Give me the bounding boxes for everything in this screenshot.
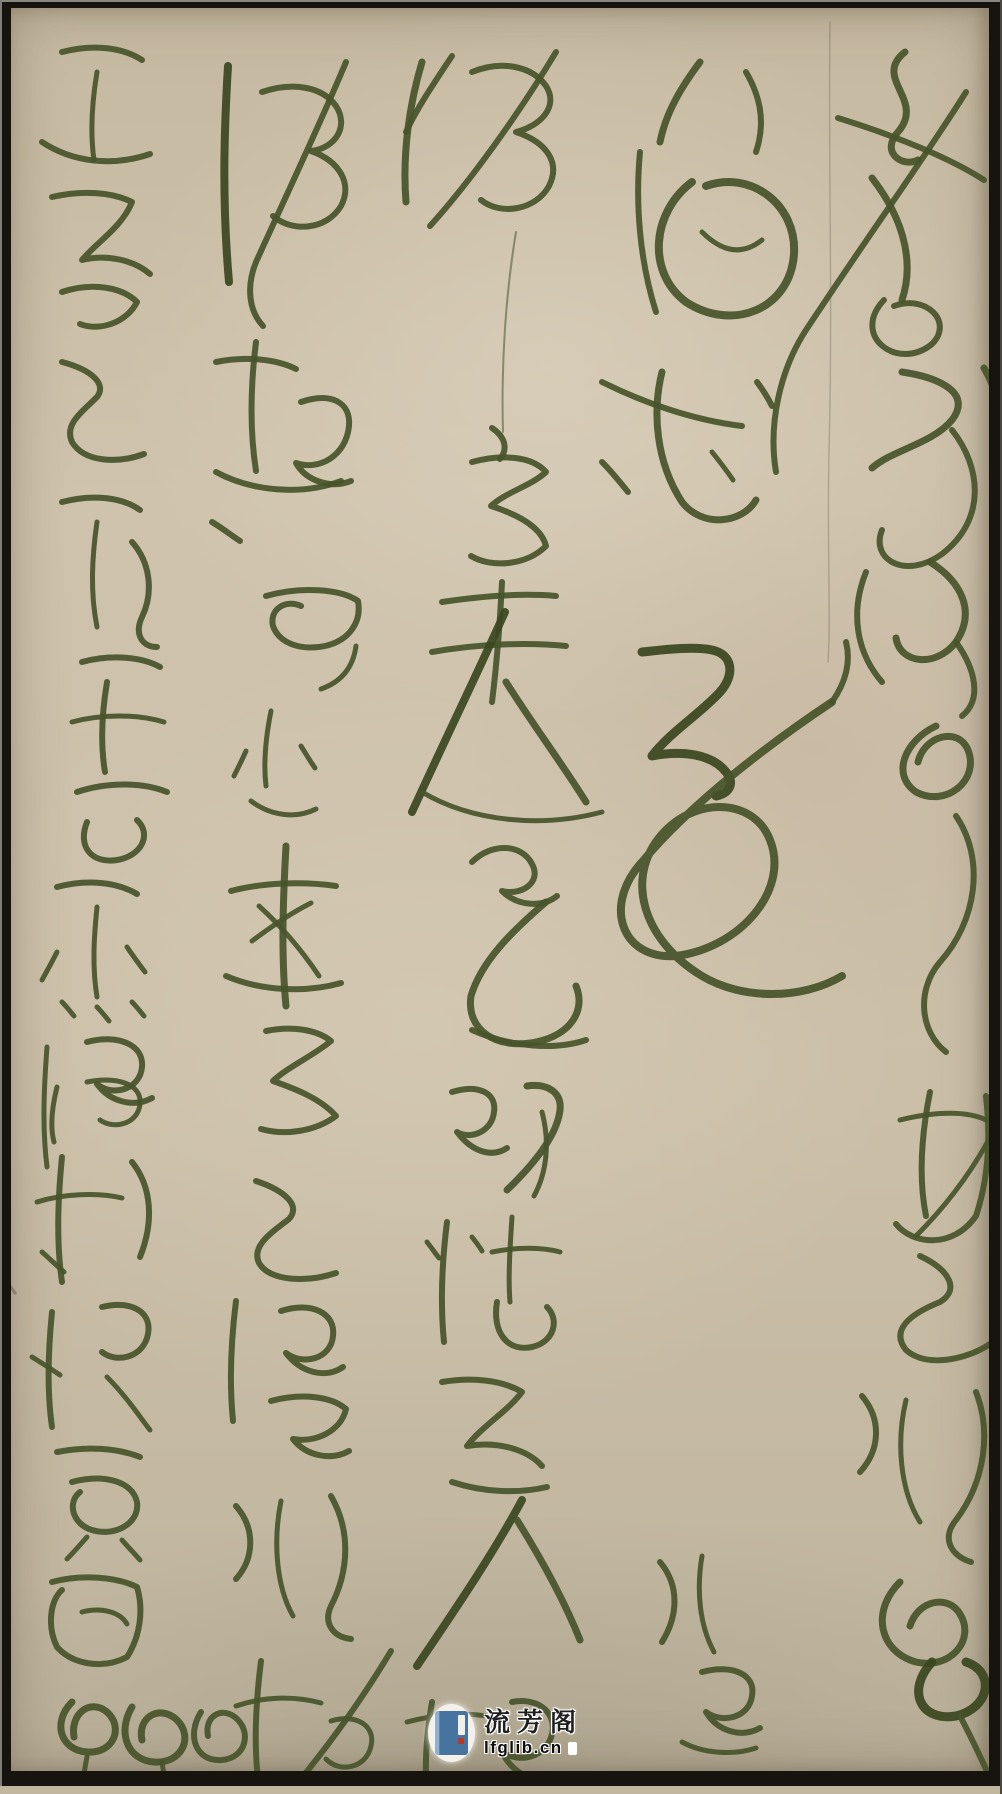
brush-stroke xyxy=(92,522,97,627)
brush-stroke xyxy=(281,1307,343,1373)
brush-stroke xyxy=(872,300,939,354)
brush-stroke xyxy=(234,751,246,776)
brush-stroke xyxy=(880,430,975,566)
brush-stroke xyxy=(83,1757,87,1771)
brush-stroke xyxy=(256,1181,336,1279)
brush-stroke xyxy=(132,1162,149,1257)
brush-stroke xyxy=(949,1392,984,1562)
brush-stroke xyxy=(471,457,546,563)
brush-stroke xyxy=(194,1712,245,1760)
calligraphy-svg xyxy=(11,8,989,1771)
scan-edge-left xyxy=(0,0,2,1794)
brush-stroke xyxy=(472,66,553,209)
brush-stroke xyxy=(960,1716,989,1771)
brush-stroke xyxy=(321,646,356,689)
brush-stroke xyxy=(746,72,761,152)
brush-stroke xyxy=(472,848,557,904)
brush-stroke xyxy=(956,642,974,716)
brush-stroke xyxy=(901,1400,920,1522)
brush-stroke xyxy=(872,178,907,300)
brush-stroke xyxy=(42,952,57,980)
brush-stroke xyxy=(296,398,351,484)
brush-stroke xyxy=(702,232,762,250)
brush-stroke xyxy=(984,368,989,398)
brush-stroke xyxy=(283,846,286,1006)
column-2 xyxy=(602,62,848,1753)
column-4 xyxy=(194,62,391,1771)
brush-stroke xyxy=(62,287,137,327)
brush-stroke xyxy=(900,1256,989,1360)
book-seal xyxy=(458,1738,464,1744)
brush-stroke xyxy=(452,1482,547,1491)
brush-stroke xyxy=(62,362,144,460)
brush-stroke xyxy=(97,1007,109,1021)
brush-stroke xyxy=(699,1556,714,1652)
brush-stroke xyxy=(832,642,848,702)
book-title-label xyxy=(458,1715,465,1735)
book-cover xyxy=(435,1711,468,1755)
brush-stroke xyxy=(301,746,315,768)
brush-stroke xyxy=(326,1719,372,1768)
brush-stroke xyxy=(442,1222,447,1342)
brush-stroke xyxy=(132,1002,144,1016)
brush-stroke xyxy=(503,232,516,432)
brush-stroke xyxy=(57,883,137,894)
brush-stroke xyxy=(265,711,271,786)
brush-stroke xyxy=(922,1092,930,1216)
brush-stroke xyxy=(122,1540,140,1560)
vertical-crease xyxy=(828,22,831,662)
brush-stroke xyxy=(256,1661,261,1771)
brush-stroke xyxy=(507,1085,560,1190)
brush-stroke xyxy=(412,612,505,812)
scanned-calligraphy-page: 流芳阁 lfglib.cn xyxy=(0,0,1002,1794)
brush-stroke xyxy=(127,947,145,972)
watermark-text: 流芳阁 lfglib.cn xyxy=(484,1709,583,1757)
brush-stroke xyxy=(271,1397,349,1457)
brush-stroke xyxy=(212,522,240,541)
brush-stroke xyxy=(132,542,157,647)
watermark-site-name: 流芳阁 xyxy=(484,1709,583,1736)
brush-stroke xyxy=(857,572,882,682)
brush-stroke xyxy=(82,1610,127,1624)
brush-stroke xyxy=(37,1195,122,1202)
brush-stroke xyxy=(860,1396,876,1472)
brush-stroke xyxy=(712,452,733,480)
scan-edge-top xyxy=(0,0,1002,2)
brush-stroke xyxy=(509,1217,512,1302)
brush-stroke xyxy=(442,1380,542,1466)
brush-stroke xyxy=(251,342,256,471)
brush-stroke xyxy=(250,62,346,326)
brush-stroke xyxy=(496,1302,554,1348)
brush-stroke xyxy=(42,142,150,161)
brush-stroke xyxy=(236,1506,250,1579)
brush-stroke xyxy=(58,1157,62,1282)
brush-stroke xyxy=(427,1242,439,1258)
column-1-rightmost xyxy=(774,52,989,1771)
brush-stroke xyxy=(67,1537,87,1559)
scan-edge-bottom xyxy=(0,1786,1002,1794)
brush-stroke xyxy=(660,1562,675,1642)
brush-stroke xyxy=(900,1113,986,1120)
brush-stroke xyxy=(602,382,742,426)
brush-stroke xyxy=(82,657,160,667)
brush-stroke xyxy=(87,1039,152,1103)
brush-stroke xyxy=(452,1089,507,1153)
brush-stroke xyxy=(638,152,656,312)
brush-stroke xyxy=(102,1305,149,1358)
column-5-leftmost xyxy=(32,48,185,1771)
watermark-site-url: lfglib.cn xyxy=(484,1739,563,1757)
brush-stroke xyxy=(224,66,229,282)
brush-stroke xyxy=(422,792,602,821)
brush-stroke xyxy=(72,716,164,722)
brush-stroke xyxy=(92,72,97,160)
brush-stroke xyxy=(919,1662,986,1717)
brush-stroke xyxy=(125,1707,185,1762)
brush-stroke xyxy=(882,1582,965,1663)
brush-stroke xyxy=(251,801,316,815)
brush-stroke xyxy=(231,1301,236,1421)
brush-stroke xyxy=(236,1698,321,1706)
brush-stroke xyxy=(602,462,628,492)
watermark: 流芳阁 lfglib.cn xyxy=(428,1700,618,1766)
brush-stroke xyxy=(492,1248,560,1252)
brush-stroke xyxy=(924,816,974,1052)
brush-stroke xyxy=(62,1002,74,1016)
brush-stroke xyxy=(657,372,756,520)
brush-stroke xyxy=(916,1126,989,1236)
brush-stroke xyxy=(774,92,966,472)
brush-stroke xyxy=(77,785,167,793)
brush-stroke xyxy=(757,382,772,406)
brush-stroke xyxy=(621,702,842,994)
brush-stroke xyxy=(472,1237,482,1251)
paper-speck xyxy=(11,1286,15,1293)
brush-stroke xyxy=(266,590,359,647)
brush-stroke xyxy=(682,1742,756,1753)
brush-stroke xyxy=(107,1377,150,1430)
brush-stroke xyxy=(328,1496,351,1639)
brush-stroke xyxy=(102,682,107,772)
brush-stroke xyxy=(903,726,971,797)
book-icon xyxy=(428,1704,475,1762)
brush-stroke xyxy=(62,498,140,510)
brush-stroke xyxy=(470,902,579,1044)
brush-stroke xyxy=(642,648,731,796)
brush-stroke xyxy=(62,48,142,60)
brush-stroke xyxy=(72,1479,137,1532)
brush-stroke xyxy=(52,1087,57,1142)
brush-stroke xyxy=(417,1500,522,1666)
brush-stroke xyxy=(291,1651,391,1771)
brush-stroke xyxy=(44,1047,47,1167)
brush-stroke xyxy=(94,907,97,997)
brush-stroke xyxy=(261,1029,336,1132)
watermark-url-row: lfglib.cn xyxy=(484,1739,583,1757)
brush-stroke xyxy=(57,1449,140,1457)
brush-stroke xyxy=(660,62,700,142)
brush-stroke xyxy=(61,1702,116,1752)
column-3-center xyxy=(405,52,602,1771)
brush-stroke xyxy=(277,1501,293,1616)
brush-stroke xyxy=(84,820,144,861)
brush-stroke xyxy=(517,1520,580,1640)
watermark-cursor-box xyxy=(568,1742,577,1755)
brush-stroke xyxy=(506,682,586,802)
brush-stroke xyxy=(702,1669,760,1732)
brush-stroke xyxy=(872,372,958,468)
brush-stroke xyxy=(52,193,150,274)
